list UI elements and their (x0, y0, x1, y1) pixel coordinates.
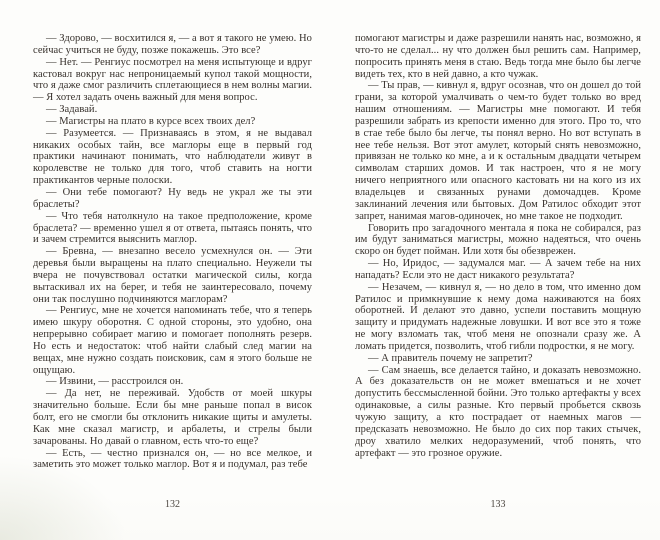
paragraph: — Но, Иридос, — задумался маг. — А зачем… (355, 258, 641, 282)
paragraph: — Сам знаешь, все делается тайно, и дока… (355, 365, 641, 460)
page-number-right: 133 (355, 499, 641, 510)
page-right-text-column: помогают магистры и даже разрешили нанят… (355, 33, 641, 459)
paragraph: помогают магистры и даже разрешили нанят… (355, 33, 641, 80)
paragraph: — Магистры на плато в курсе всех твоих д… (33, 116, 312, 128)
paragraph: — Ты прав, — кивнул я, вдруг осознав, чт… (355, 80, 641, 222)
paragraph: — Разумеется. — Признаваясь в этом, я не… (33, 128, 312, 187)
paragraph: — Ренгиус, мне не хочется напоминать теб… (33, 305, 312, 376)
paragraph: — Извини, — расстроился он. (33, 376, 312, 388)
book-spread: — Здорово, — восхитился я, — а вот я так… (0, 0, 660, 540)
paragraph: — Да нет, не переживай. Удобств от моей … (33, 388, 312, 447)
paragraph: — Что тебя натолкнуло на такое предполож… (33, 211, 312, 247)
paragraph: — Бревна, — внезапно весело усмехнулся о… (33, 246, 312, 305)
page-number-left: 132 (33, 499, 312, 510)
paragraph: — Есть, — честно признался он, — но все … (33, 448, 312, 472)
paragraph: — Незачем, — кивнул я, — но дело в том, … (355, 282, 641, 353)
paragraph: — Здорово, — восхитился я, — а вот я так… (33, 33, 312, 57)
page-left-text-column: — Здорово, — восхитился я, — а вот я так… (33, 33, 312, 471)
paragraph: — Нет. — Ренгиус посмотрел на меня испыт… (33, 57, 312, 104)
paragraph: — Задавай. (33, 104, 312, 116)
paragraph: — А правитель почему не запретит? (355, 353, 641, 365)
paragraph: Говорить про загадочного ментала я пока … (355, 223, 641, 259)
paragraph: — Они тебе помогают? Ну ведь не украл же… (33, 187, 312, 211)
